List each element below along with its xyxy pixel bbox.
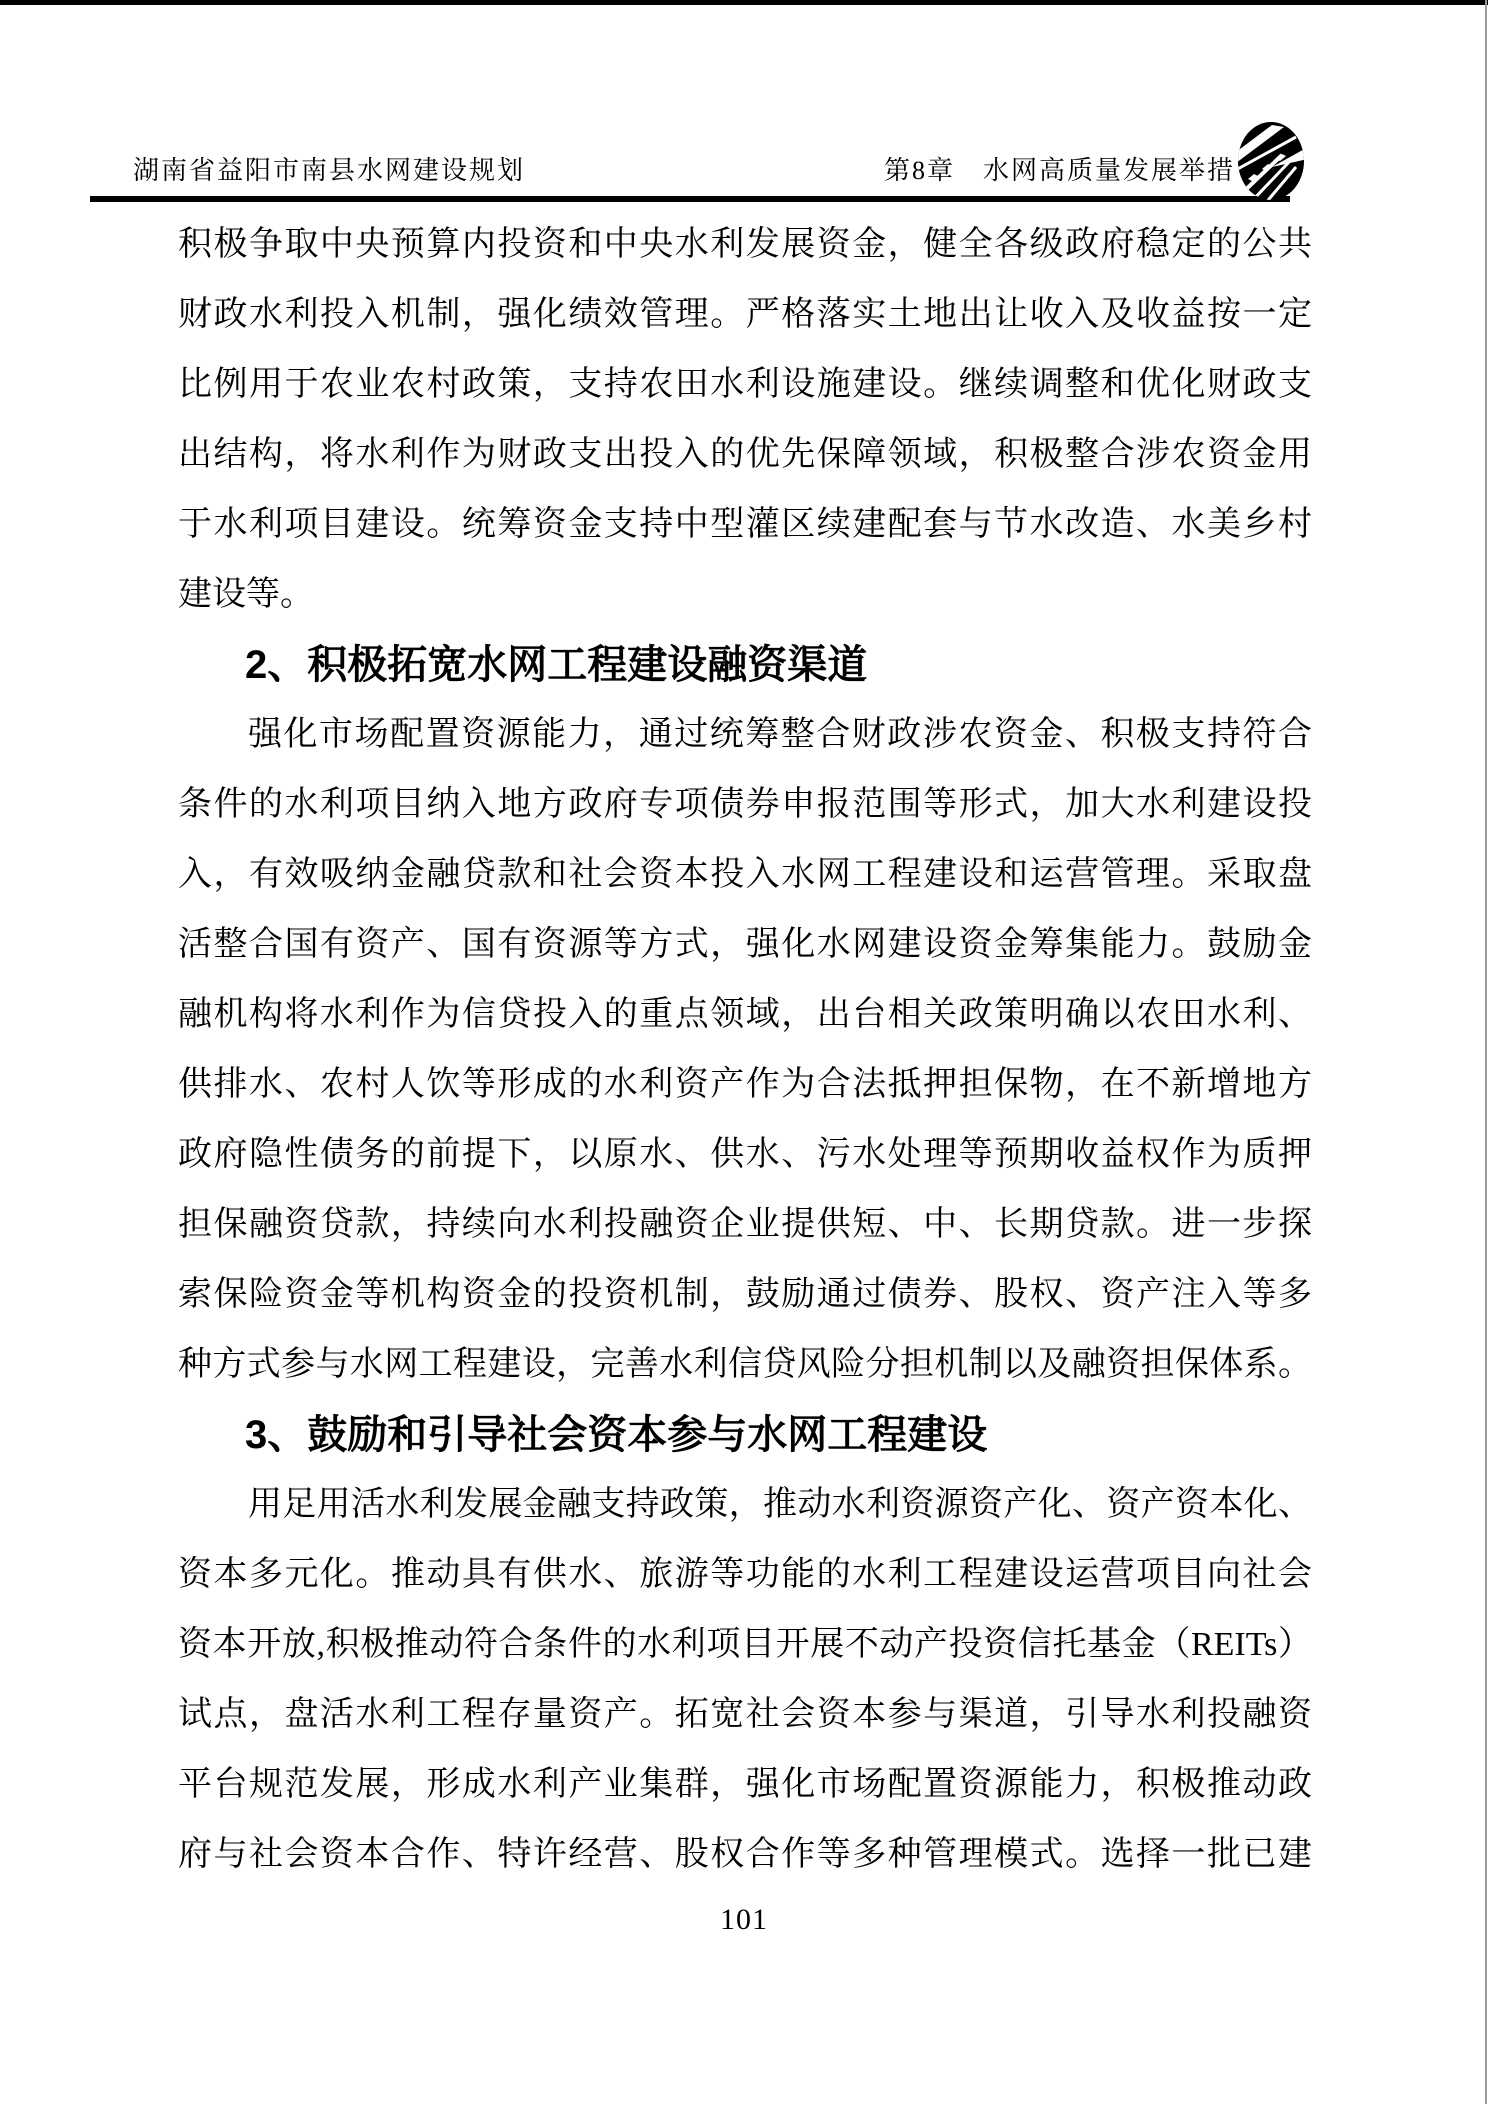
body-text-line: 入，有效吸纳金融贷款和社会资本投入水网工程建设和运营管理。采取盘 — [178, 840, 1312, 910]
body-text-line: 资本多元化。推动具有供水、旅游等功能的水利工程建设运营项目向社会 — [178, 1540, 1312, 1610]
body-text-line: 建设等。 — [178, 560, 1312, 630]
body-text-line: 索保险资金等机构资金的投资机制，鼓励通过债券、股权、资产注入等多 — [178, 1260, 1312, 1330]
body-text-line: 积极争取中央预算内投资和中央水利发展资金，健全各级政府稳定的公共 — [178, 210, 1312, 280]
body-text-line: 政府隐性债务的前提下，以原水、供水、污水处理等预期收益权作为质押 — [178, 1120, 1312, 1190]
body-text-line: 强化市场配置资源能力，通过统筹整合财政涉农资金、积极支持符合 — [178, 700, 1312, 770]
scan-top-edge — [0, 0, 1488, 5]
header-rule — [90, 196, 1290, 202]
body-text-line: 府与社会资本合作、特许经营、股权合作等多种管理模式。选择一批已建 — [178, 1820, 1312, 1890]
body-text-line: 供排水、农村人饮等形成的水利资产作为合法抵押担保物，在不新增地方 — [178, 1050, 1312, 1120]
header-chapter-title: 第8章 水网高质量发展举措 — [884, 150, 1235, 187]
body-text-line: 平台规范发展，形成水利产业集群，强化市场配置资源能力，积极推动政 — [178, 1750, 1312, 1820]
header-doc-title: 湖南省益阳市南县水网建设规划 — [133, 150, 525, 187]
body-text-line: 种方式参与水网工程建设，完善水利信贷风险分担机制以及融资担保体系。 — [178, 1330, 1312, 1400]
scan-right-edge — [1485, 0, 1487, 2104]
section-heading: 3、鼓励和引导社会资本参与水网工程建设 — [178, 1400, 1312, 1470]
body-text-line: 活整合国有资产、国有资源等方式，强化水网建设资金筹集能力。鼓励金 — [178, 910, 1312, 980]
body-text-line: 出结构，将水利作为财政支出投入的优先保障领域，积极整合涉农资金用 — [178, 420, 1312, 490]
body-text-line: 融机构将水利作为信贷投入的重点领域，出台相关政策明确以农田水利、 — [178, 980, 1312, 1050]
body-text-line: 比例用于农业农村政策，支持农田水利设施建设。继续调整和优化财政支 — [178, 350, 1312, 420]
page-number: 101 — [0, 1903, 1488, 1937]
body-text-line: 用足用活水利发展金融支持政策，推动水利资源资产化、资产资本化、 — [178, 1470, 1312, 1540]
page-body: 积极争取中央预算内投资和中央水利发展资金，健全各级政府稳定的公共财政水利投入机制… — [178, 210, 1312, 1890]
body-text-line: 试点，盘活水利工程存量资产。拓宽社会资本参与渠道，引导水利投融资 — [178, 1680, 1312, 1750]
road-emblem-icon — [1238, 121, 1306, 201]
body-text-line: 条件的水利项目纳入地方政府专项债券申报范围等形式，加大水利建设投 — [178, 770, 1312, 840]
body-text-line: 担保融资贷款，持续向水利投融资企业提供短、中、长期贷款。进一步探 — [178, 1190, 1312, 1260]
body-text-line: 于水利项目建设。统筹资金支持中型灌区续建配套与节水改造、水美乡村 — [178, 490, 1312, 560]
body-text-line: 财政水利投入机制，强化绩效管理。严格落实土地出让收入及收益按一定 — [178, 280, 1312, 350]
document-page: 湖南省益阳市南县水网建设规划 第8章 水网高质量发展举措 — [0, 0, 1488, 2104]
section-heading: 2、积极拓宽水网工程建设融资渠道 — [178, 630, 1312, 700]
body-text-line: 资本开放,积极推动符合条件的水利项目开展不动产投资信托基金（REITs） — [178, 1610, 1312, 1680]
